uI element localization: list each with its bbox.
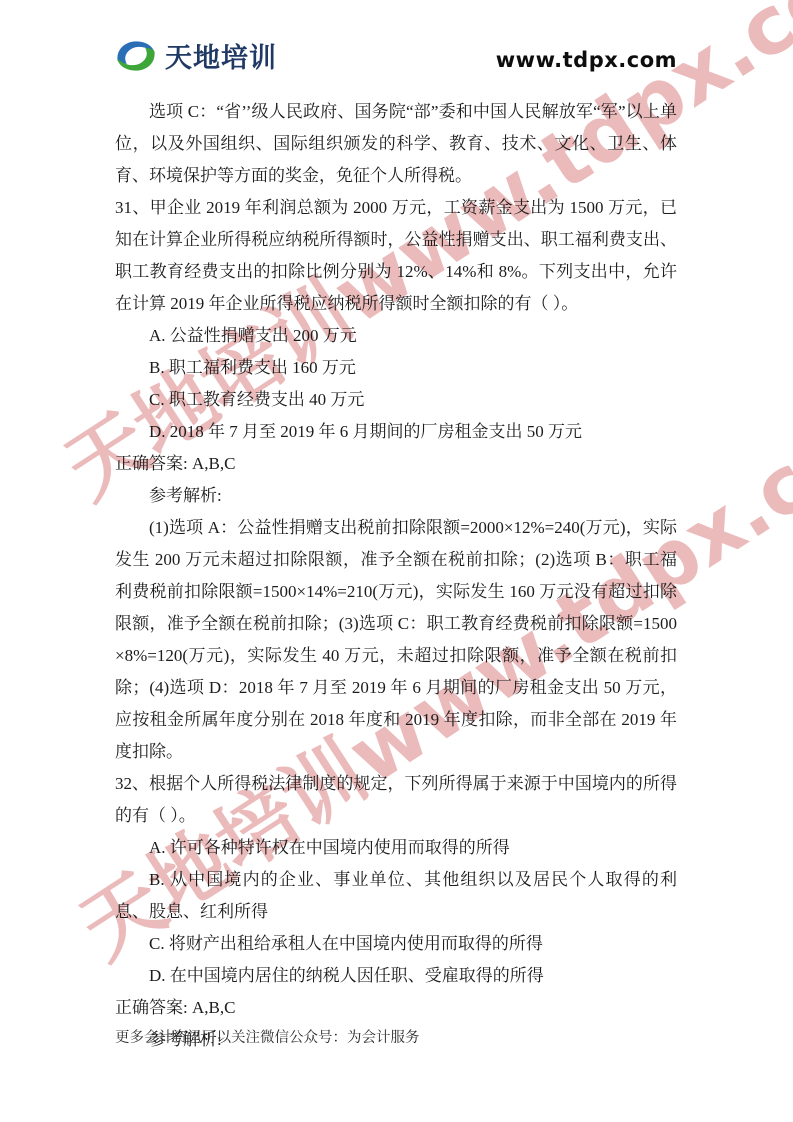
logo-swoosh-icon xyxy=(113,38,159,74)
paragraph: (1)选项 A：公益性捐赠支出税前扣除限额=2000×12%=240(万元)，实… xyxy=(115,512,677,768)
paragraph: A. 公益性捐赠支出 200 万元 xyxy=(115,320,677,352)
paragraph: 正确答案: A,B,C xyxy=(115,448,677,480)
paragraph: A. 许可各种特许权在中国境内使用而取得的所得 xyxy=(115,832,677,864)
logo-brand-text: 天地培训 xyxy=(165,36,277,75)
paragraph: 正确答案: A,B,C xyxy=(115,992,677,1024)
page-header: 天地培训 www.tdpx.com xyxy=(113,36,677,84)
paragraph: 31、甲企业 2019 年利润总额为 2000 万元，工资薪金支出为 1500 … xyxy=(115,192,677,320)
paragraph: C. 职工教育经费支出 40 万元 xyxy=(115,384,677,416)
paragraph: 选项 C：“省’’级人民政府、国务院“部”委和中国人民解放军“军”以上单位，以及… xyxy=(115,96,677,192)
paragraph: 32、根据个人所得税法律制度的规定，下列所得属于来源于中国境内的所得的有（ ）。 xyxy=(115,768,677,832)
paragraph: C. 将财产出租给承租人在中国境内使用而取得的所得 xyxy=(115,928,677,960)
document-body: 选项 C：“省’’级人民政府、国务院“部”委和中国人民解放军“军”以上单位，以及… xyxy=(115,96,677,1056)
paragraph: B. 从中国境内的企业、事业单位、其他组织以及居民个人取得的利息、股息、红利所得 xyxy=(115,864,677,928)
paragraph: 参考解析: xyxy=(115,480,677,512)
footer-note: 更多会计资讯可以关注微信公众号：为会计服务 xyxy=(115,1026,420,1047)
document-page: 天地培训www.tdpx.com 天地培训www.tdpx.com 天地培训 w… xyxy=(0,0,793,1122)
site-url-text: www.tdpx.com xyxy=(496,48,677,72)
paragraph: D. 在中国境内居住的纳税人因任职、受雇取得的所得 xyxy=(115,960,677,992)
paragraph: B. 职工福利费支出 160 万元 xyxy=(115,352,677,384)
paragraph: D. 2018 年 7 月至 2019 年 6 月期间的厂房租金支出 50 万元 xyxy=(115,416,677,448)
logo: 天地培训 xyxy=(113,36,277,75)
